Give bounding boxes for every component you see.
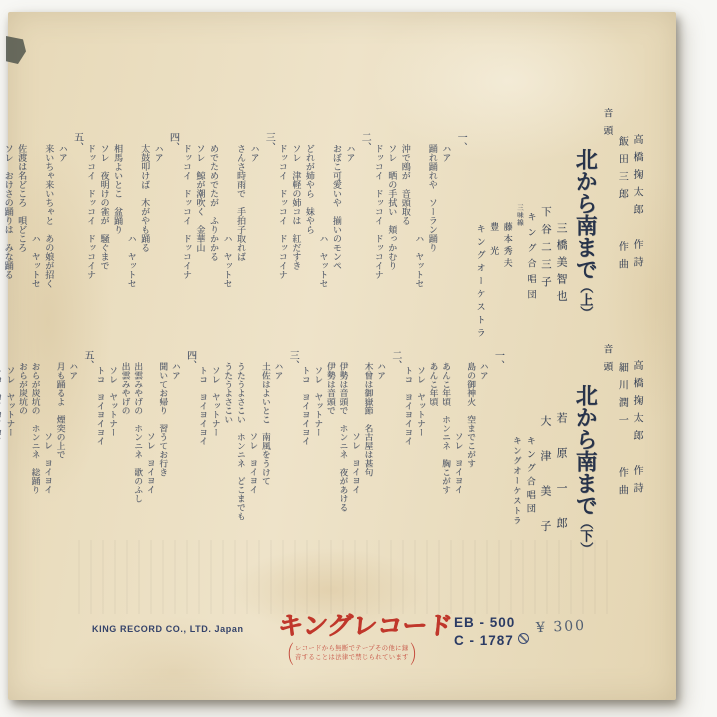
lyric-line: ドッコイ ドッコイ ドッコイナ [180,96,192,348]
side-a-chorus: キング合唱団 [525,96,537,348]
lyric-line: ハア [170,334,181,576]
lyric-line: ハア [248,96,260,348]
lyric-line: どれが姉やら 妹やら [303,96,315,348]
king-records-logo: キングレコード [276,606,453,642]
lyric-line: 相馬よいとこ 盆踊り [112,96,124,348]
verse-number: 五、 [80,334,93,576]
side-a-title-main: 北から南まで [573,148,598,280]
lyric-line: ソレ 晒の手拭い 頬っかむり [386,96,398,348]
side-b-composer: 細川潤一 作曲 [614,334,627,576]
verse-number: 一、 [491,334,504,576]
lyric-line: ソレ ヤットナー [210,334,221,576]
side-b-lyricist: 高橋掬太郎 作詩 [629,334,642,576]
notice-paren-open: （ [279,637,294,671]
lyric-line: トコ ヨイヨイヨイ [403,334,414,576]
lyric-line: トコ ヨイヨイヨイ [300,334,311,576]
price: ¥ 300 [536,618,587,637]
verse-number: 四、 [166,96,179,348]
lyric-line: トコ ヨイヨイヨイ [198,334,209,576]
record-sleeve-back: 高橋掬太郎 作詩 飯田三郎 作曲 音頭 北から南まで（上） 三橋美智也 下谷二三… [8,12,676,700]
lyric-line: ハア [375,334,386,576]
paper-tear-notch [6,36,26,64]
side-b-section: 高橋掬太郎 作詩 細川潤一 作曲 音頭 北から南まで（下） 若原一郎 大津美子 … [0,334,642,576]
lyric-line: ドッコイ ドッコイ ドッコイナ [85,96,97,348]
lyric-line: ハア [68,334,79,576]
lyric-line: うたうよさこい [223,334,234,576]
lyric-line: トコ ヨイヨイヨイ [95,334,106,576]
lyric-line: ソレ 鯨が潮吹く 金華山 [194,96,206,348]
side-a-singer-1: 三橋美智也 [554,96,568,348]
catalog-numbers: EB - 500 C - 1787 [454,614,529,649]
side-b-singer-2: 大津美子 [538,334,552,576]
catalog-number-2: C - 1787 [454,632,514,650]
lyric-line: 木曾は御嶽節 名古屋は甚句 [363,334,374,576]
side-b-genre-label: 音頭 [600,334,612,576]
notice-line-2: 音することは法律で禁じられています [295,654,409,663]
verse-number: 三、 [285,334,298,576]
side-a-genre-label: 音頭 [600,96,612,348]
lyric-line: 出雲みやげの ホンニネ 歌のふし [133,334,144,576]
lyric-line: おらが炭坑の ホンニネ 総踊り [30,334,41,576]
side-b-chorus: キング合唱団 [524,334,536,576]
lyric-line: あんこ年頃 ホンニネ 胸こがす [440,334,451,576]
side-a-shamisen-player-2: 豊 光 [488,96,500,348]
king-logo-block: キングレコード （ レコードから無断でテープその他に録 音することは法律で禁じら… [278,606,452,664]
lyric-line: ハア [273,334,284,576]
lyric-line: 聞いてお帰り 習うてお行き [158,334,169,576]
side-a-orchestra: キングオーケストラ [474,96,486,348]
side-a-lyricist: 高橋掬太郎 作詩 [629,96,642,348]
lyric-line: ハ ヤットセ [29,96,41,348]
lyric-line: ソレ ヨイヨイ [145,334,156,576]
side-a-section: 高橋掬太郎 作詩 飯田三郎 作曲 音頭 北から南まで（上） 三橋美智也 下谷二三… [0,96,642,348]
lyric-line: 伊勢は音頭で ホンニネ 夜があける [338,334,349,576]
lyric-line: 出雲みやげの [120,334,131,576]
lyric-line: ドッコイ ドッコイ ドッコイナ [276,96,288,348]
lyric-line: ソレ ヤットナー [415,334,426,576]
lyric-line: ハア [56,96,68,348]
lyric-line: うたうよさこい ホンニネ どこまでも [235,334,246,576]
lyric-line: ハ ヤットセ [317,96,329,348]
lyric-line: ドッコイ ドッコイ ドッコイナ [372,96,384,348]
side-b-orchestra: キングオーケストラ [511,334,522,576]
lyric-line: ソレ 津軽の姉コは 紅だすき [290,96,302,348]
verse-number: 一、 [453,96,466,348]
lyric-line: 沖で鴎が 音頭取る [399,96,411,348]
lyric-line: さんさ時雨で 手拍子取れば [234,96,246,348]
verse-number: 三、 [261,96,274,348]
catalog-number-2-row: C - 1787 [454,632,529,650]
verse-number: 二、 [388,334,401,576]
lyric-line: めでためでたが ふりかかる [207,96,219,348]
circled-mark-icon [518,633,529,644]
lyric-line: 月も踊るよ 煙突の上で [55,334,66,576]
side-a-singer-2: 下谷二三子 [538,96,551,348]
copyright-notice: （ レコードから無断でテープその他に録 音することは法律で禁じられています ） [278,643,452,664]
lyric-line: ソレ ヨイヨイ [350,334,361,576]
lyric-line: 土佐はよいとこ 南風をうけて [260,334,271,576]
catalog-number-1: EB - 500 [454,614,529,632]
side-a-title: 北から南まで（上） [573,96,598,348]
lyric-line: 踊れ踊れや ソーラン踊り [426,96,438,348]
side-a-composer: 飯田三郎 作曲 [614,96,627,348]
company-name: KING RECORD CO., LTD. Japan [92,624,244,634]
lyric-line: 伊勢は音頭で [325,334,336,576]
lyric-line: ソレ ヤットナー [313,334,324,576]
side-a-shamisen-player-1: 藤本秀夫 [501,96,513,348]
lyric-line: トコ ヨイヨイヨイ [0,334,3,576]
lyric-line: ハ ヤットセ [413,96,425,348]
lyric-line: あんこ年頃 [428,334,439,576]
lyric-line: ハ ヤットセ [125,96,137,348]
side-a-title-part: （上） [578,280,593,319]
scan-background: 高橋掬太郎 作詩 飯田三郎 作曲 音頭 北から南まで（上） 三橋美智也 下谷二三… [0,0,717,717]
verse-number: 二、 [357,96,370,348]
lyric-line: ソレ ヨイヨイ [453,334,464,576]
notice-paren-close: ） [410,637,425,671]
lyric-line: ソレ ヨイヨイ [248,334,259,576]
lyric-line: 佐渡は名どころ 唄どころ [16,96,28,348]
lyric-line: 島の御神火 空までこがす [466,334,477,576]
lyric-line: 来いちゃ来いちゃと あの娘が招く [43,96,55,348]
lyric-line: ハア [344,96,356,348]
lyric-line: ソレ ヨイヨイ [42,334,53,576]
lyric-line: 太鼓叩けば 木がやも踊る [139,96,151,348]
verse-number: 四、 [183,334,196,576]
side-b-title-part: （下） [578,516,593,555]
side-a-shamisen-label: 三味線 [515,96,523,348]
lyric-line: ソレ 夜明けの雀が 騒ぐまで [98,96,110,348]
side-b-title: 北から南まで（下） [573,334,598,576]
side-b-title-main: 北から南まで [573,384,598,516]
lyric-line: おらが炭坑の [17,334,28,576]
notice-text: レコードから無断でテープその他に録 音することは法律で禁じられています [295,645,409,663]
lyric-line: おぼこ可愛いや 揃いのモンペ [330,96,342,348]
lyric-line: ハ ヤットセ [221,96,233,348]
notice-line-1: レコードから無断でテープその他に録 [295,645,409,654]
lyric-line: ソレ ヤットナー [5,334,16,576]
lyric-line: ソレ ヤットナー [107,334,118,576]
verse-number: 五、 [70,96,83,348]
side-b-singer-1: 若原一郎 [554,334,568,576]
lyric-line: ハア [478,334,489,576]
lyric-line: ハア [152,96,164,348]
lyric-line: ソレ おけさの踊りは みな踊る [2,96,14,348]
lyric-line: ハア [440,96,452,348]
